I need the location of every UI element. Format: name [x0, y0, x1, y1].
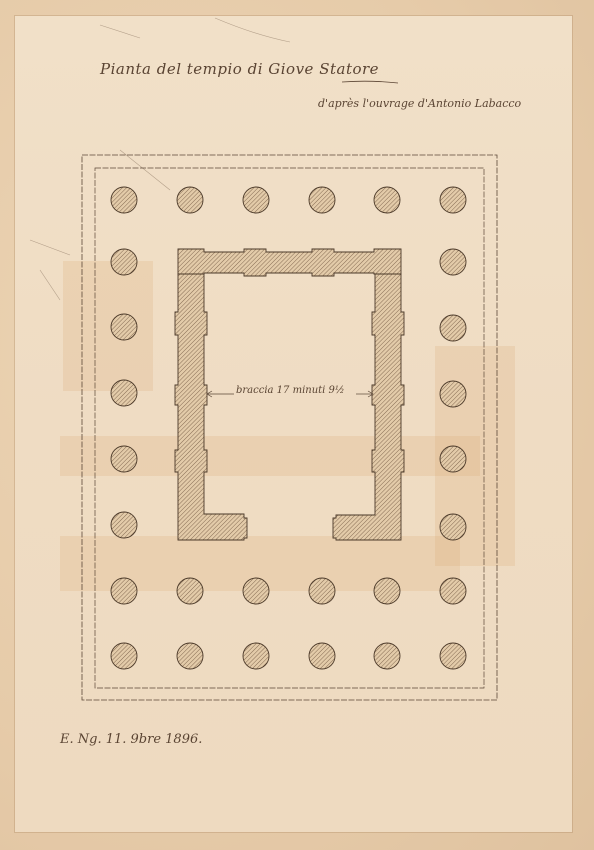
column [374, 578, 400, 604]
dimension-label: braccia 17 minuti 9½ [236, 385, 345, 396]
temple-plan-drawing [0, 0, 594, 850]
cella-left-wall [175, 274, 247, 540]
column [111, 380, 137, 406]
column [111, 512, 137, 538]
outer-frame [82, 155, 497, 700]
column [111, 446, 137, 472]
column [440, 446, 466, 472]
cella-right-wall [333, 274, 404, 540]
column [177, 578, 203, 604]
column [440, 249, 466, 275]
column [309, 187, 335, 213]
column [111, 578, 137, 604]
column [111, 314, 137, 340]
column [440, 514, 466, 540]
column [440, 187, 466, 213]
drawing-title: Pianta del tempio di Giove Statore [100, 60, 379, 78]
column [440, 578, 466, 604]
column [243, 187, 269, 213]
cella-back-wall [178, 249, 401, 276]
column [243, 578, 269, 604]
column [111, 643, 137, 669]
title-underline [340, 79, 400, 85]
column [111, 187, 137, 213]
drawing-subtitle: d'après l'ouvrage d'Antonio Labacco [318, 97, 521, 110]
column [309, 643, 335, 669]
column [374, 187, 400, 213]
column [309, 578, 335, 604]
column [374, 643, 400, 669]
column [111, 249, 137, 275]
column [440, 381, 466, 407]
column [440, 643, 466, 669]
signature-date: E. Ng. 11. 9bre 1896. [60, 732, 202, 747]
inner-frame [95, 168, 484, 688]
column [440, 315, 466, 341]
column [243, 643, 269, 669]
column [177, 187, 203, 213]
column [177, 643, 203, 669]
